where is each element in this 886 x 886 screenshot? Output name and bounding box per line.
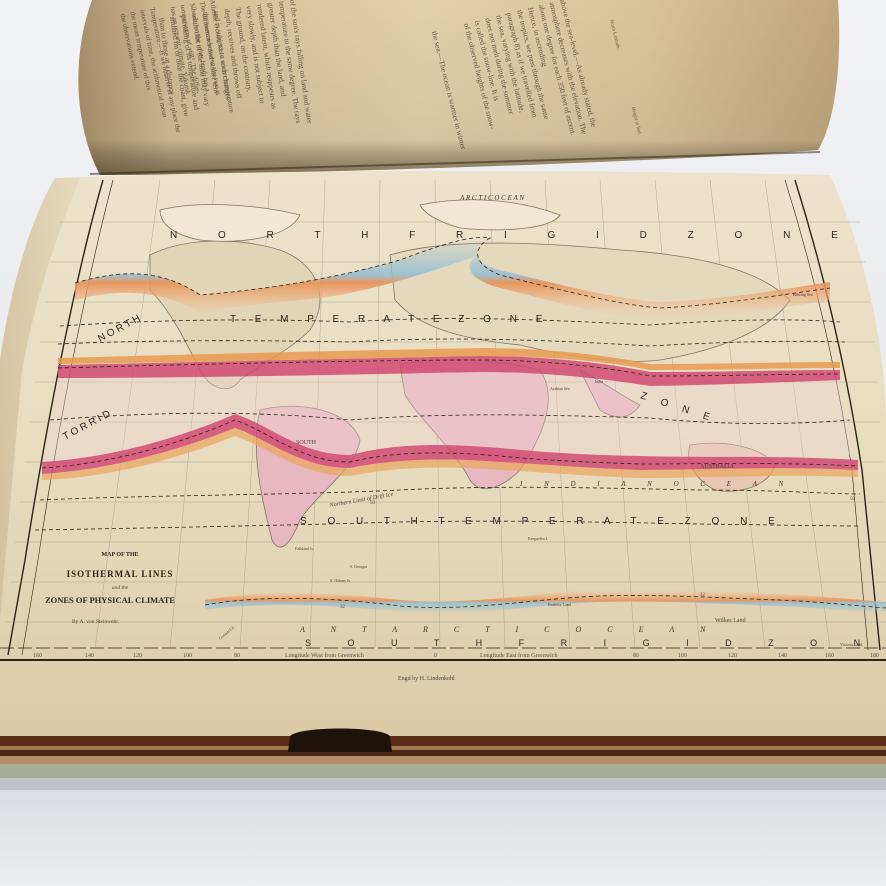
book-page-edges [0, 729, 886, 791]
longitude-tick: 120 [133, 653, 142, 659]
north-temperate-zone-label: T E M P E R A T E Z O N E [230, 314, 543, 325]
australia-label: AUSTRALIA [700, 464, 735, 470]
binding-wear-stain [288, 729, 392, 753]
south-temperate-zone-label: S O U T H T E M P E R A T E Z O N E [300, 516, 775, 527]
photo-scene: Temperature.—If we observe at any place … [0, 0, 886, 886]
engraver-credit: Engd by H. Lindenkohl [398, 676, 455, 682]
isotherm-value-label: 50 [370, 501, 376, 506]
isotherm-value-label: 32 [700, 593, 706, 598]
wilkes-land-label: Wilkes Land [715, 618, 746, 624]
upper-text-page: Temperature.—If we observe at any place … [78, 0, 839, 175]
longitude-tick: 0 [434, 653, 437, 659]
book-photo: Temperature.—If we observe at any place … [0, 0, 886, 886]
antarctic-ocean-label: A N T A R C T I C O C E A N [299, 625, 706, 634]
longitude-tick: 140 [778, 653, 787, 659]
isotherm-value-label: 50 [850, 497, 856, 502]
falkland-label: Falkland Is. [295, 546, 314, 551]
map-title-main: ISOTHERMAL LINES [67, 569, 174, 579]
map-author: By A. von Steinwehr. [72, 619, 120, 625]
south-america-label: SOUTH [296, 440, 317, 446]
map-page: A R C T I C O C E A N N O R T H F R I G … [0, 171, 886, 740]
map-title-line: MAP OF THE [101, 552, 138, 558]
longitude-west-label: Longitude West from Greenwich [285, 652, 364, 659]
india-label: India [595, 379, 603, 384]
longitude-tick: 100 [678, 653, 687, 659]
map-title-subtitle: ZONES OF PHYSICAL CLIMATE [45, 595, 175, 605]
enderby-land-label: Enderby Land [548, 602, 571, 607]
behring-sea-label: Behring Sea [793, 292, 813, 297]
south-orkney-label: S. Orkney Is. [330, 578, 351, 583]
indian-ocean-label: I N D I A N O C E A N [519, 480, 784, 488]
longitude-tick: 180 [870, 653, 879, 659]
longitude-tick: 80 [234, 653, 240, 659]
isotherm-value-label: 32 [340, 605, 346, 610]
surface-background [0, 780, 886, 886]
longitude-tick: 100 [183, 653, 192, 659]
south-frigid-zone-label: S O U T H F R I G I D Z O N E [305, 638, 886, 648]
arctic-ocean-label: A R C T I C O C E A N [459, 194, 524, 202]
south-georgia-label: S. Georgia [350, 564, 367, 569]
longitude-tick: 160 [33, 653, 42, 659]
arabian-sea-label: Arabian Sea [550, 386, 570, 391]
victoria-land-label: Victoria Land [840, 642, 862, 647]
map-title-line: and the [112, 585, 129, 591]
longitude-tick: 120 [728, 653, 737, 659]
north-frigid-zone-label: N O R T H F R I G I D Z O N E [170, 230, 838, 241]
longitude-tick: 160 [825, 653, 834, 659]
longitude-east-label: Longitude East from Greenwich [480, 652, 557, 659]
longitude-tick: 140 [85, 653, 94, 659]
longitude-tick: 80 [633, 653, 639, 659]
kerguelen-label: Kerguelen I. [528, 536, 548, 541]
